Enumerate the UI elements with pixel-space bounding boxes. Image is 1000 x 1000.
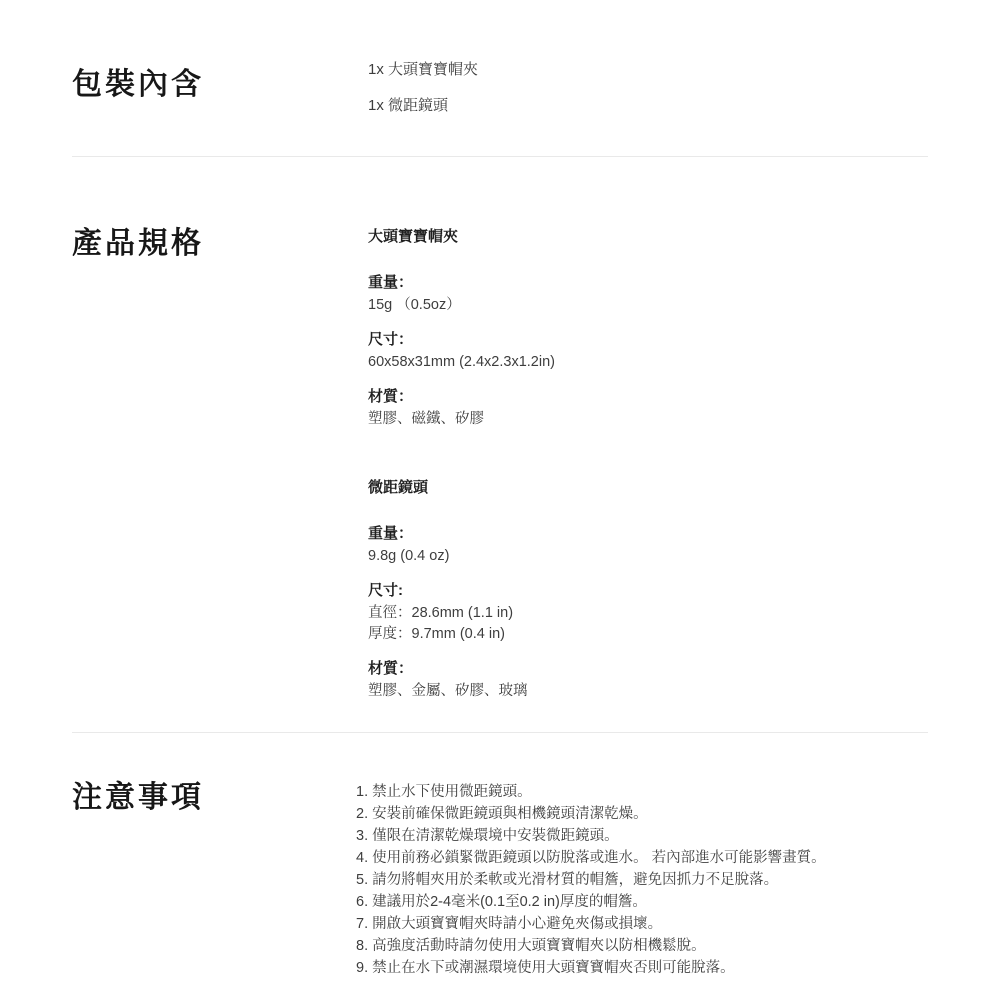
spec-entry-material: 材質： 塑膠、磁鐵、矽膠 [368,387,928,430]
package-item: 1x 微距鏡頭 [368,96,928,116]
spec-value: 直徑：28.6mm (1.1 in) [368,603,928,624]
product-name: 微距鏡頭 [368,478,928,497]
note-item: 8. 高強度活動時請勿使用大頭寶寶帽夾以防相機鬆脫。 [356,935,928,957]
spec-value: 60x58x31mm (2.4x2.3x1.2in) [368,352,928,373]
note-item: 6. 建議用於2-4毫米(0.1至0.2 in)厚度的帽簷。 [356,891,928,913]
spec-product-macro-lens: 微距鏡頭 重量： 9.8g (0.4 oz) 尺寸: 直徑：28.6mm (1.… [368,478,928,702]
note-item: 5. 請勿將帽夾用於柔軟或光滑材質的帽簷，避免因抓力不足脫落。 [356,869,928,891]
spec-value: 塑膠、磁鐵、矽膠 [368,409,928,430]
note-item: 2. 安裝前確保微距鏡頭與相機鏡頭清潔乾燥。 [356,803,928,825]
product-info-page: 包裝內含 1x 大頭寶寶帽夾 1x 微距鏡頭 產品規格 大頭寶寶帽夾 重量： 1… [0,0,1000,1000]
product-specs-section: 產品規格 大頭寶寶帽夾 重量： 15g （0.5oz） 尺寸： 60x58x31… [72,157,928,733]
spec-entry-weight: 重量： 9.8g (0.4 oz) [368,524,928,567]
spec-label: 材質： [368,659,928,679]
spec-label: 尺寸： [368,330,928,350]
spec-entry-dimensions: 尺寸： 60x58x31mm (2.4x2.3x1.2in) [368,330,928,373]
spec-label: 重量： [368,524,928,544]
notes-heading: 注意事項 [72,781,368,816]
note-item: 3. 僅限在清潔乾燥環境中安裝微距鏡頭。 [356,825,928,847]
spec-value: 厚度：9.7mm (0.4 in) [368,624,928,645]
spec-label: 尺寸: [368,581,928,601]
spec-entry-dimensions: 尺寸: 直徑：28.6mm (1.1 in) 厚度：9.7mm (0.4 in) [368,581,928,645]
spec-label: 材質： [368,387,928,407]
note-item: 1. 禁止水下使用微距鏡頭。 [356,781,928,803]
spec-entry-weight: 重量： 15g （0.5oz） [368,273,928,316]
spec-entry-material: 材質： 塑膠、金屬、矽膠、玻璃 [368,659,928,702]
note-item: 9. 禁止在水下或潮濕環境使用大頭寶寶帽夾否則可能脫落。 [356,957,928,979]
product-specs-heading: 產品規格 [72,227,368,262]
note-item: 4. 使用前務必鎖緊微距鏡頭以防脫落或進水。 若內部進水可能影響畫質。 [356,847,928,869]
spec-label: 重量： [368,273,928,293]
package-contents-section: 包裝內含 1x 大頭寶寶帽夾 1x 微距鏡頭 [72,0,928,157]
package-item: 1x 大頭寶寶帽夾 [368,60,928,80]
spec-product-hat-clip: 大頭寶寶帽夾 重量： 15g （0.5oz） 尺寸： 60x58x31mm (2… [368,227,928,430]
note-item: 7. 開啟大頭寶寶帽夾時請小心避免夾傷或損壞。 [356,913,928,935]
notes-section: 注意事項 1. 禁止水下使用微距鏡頭。 2. 安裝前確保微距鏡頭與相機鏡頭清潔乾… [72,733,928,979]
package-contents-heading: 包裝內含 [72,68,368,103]
product-name: 大頭寶寶帽夾 [368,227,928,246]
spec-value: 塑膠、金屬、矽膠、玻璃 [368,681,928,702]
notes-list: 1. 禁止水下使用微距鏡頭。 2. 安裝前確保微距鏡頭與相機鏡頭清潔乾燥。 3.… [356,781,928,979]
spec-value: 15g （0.5oz） [368,295,928,316]
spec-value: 9.8g (0.4 oz) [368,546,928,567]
